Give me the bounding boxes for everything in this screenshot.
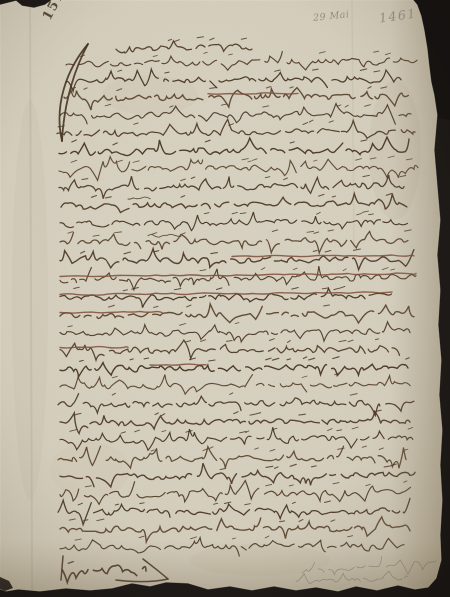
manuscript-svg bbox=[0, 0, 450, 597]
manuscript-scan: 151 29 Mai 1461 bbox=[0, 0, 450, 597]
paper-shading bbox=[0, 0, 450, 597]
